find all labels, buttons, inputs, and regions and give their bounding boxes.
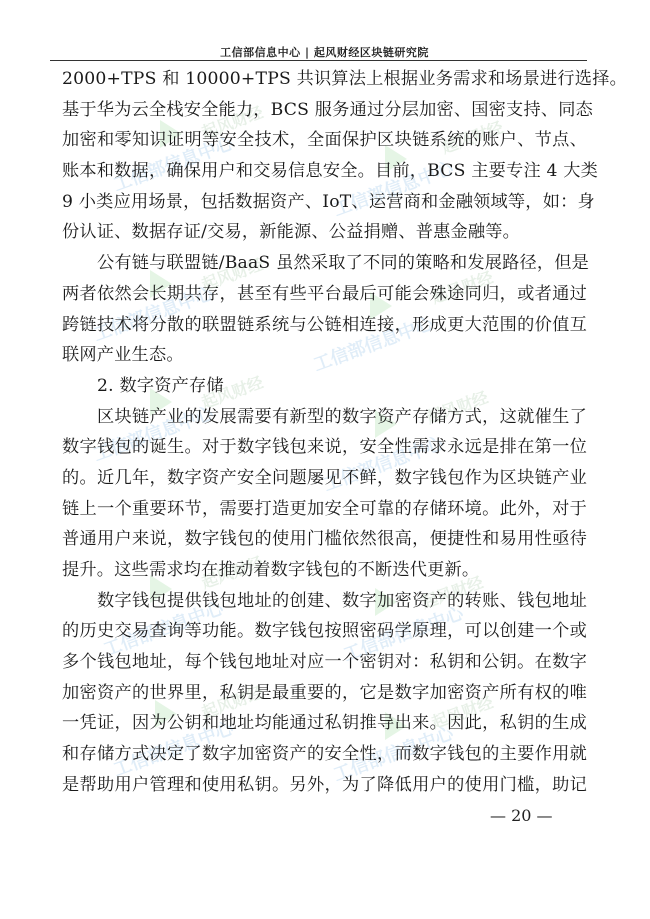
paragraph-start: 公有链与联盟链/BaaS 虽然采取了不同的策略和发展路径，但是	[62, 248, 587, 279]
text-line: 基于华为云全栈安全能力，BCS 服务通过分层加密、国密支持、同态	[62, 95, 587, 126]
text-line: 链上一个重要环节，需要打造更加安全可靠的存储环境。此外，对于	[62, 494, 587, 525]
text-line: 2000+TPS 和 10000+TPS 共识算法上根据业务需求和场景进行选择。	[62, 64, 587, 95]
document-body: 2000+TPS 和 10000+TPS 共识算法上根据业务需求和场景进行选择。…	[62, 64, 587, 801]
running-header: 工信部信息中心 | 起风财经区块链研究院	[62, 44, 587, 60]
text-line: 联网产业生态。	[62, 340, 587, 371]
text-line: 多个钱包地址，每个钱包地址对应一个密钥对：私钥和公钥。在数字	[62, 647, 587, 678]
text-line: 份认证、数据存证/交易，新能源、公益捐赠、普惠金融等。	[62, 217, 587, 248]
text-line: 的历史交易查询等功能。数字钱包按照密码学原理，可以创建一个或	[62, 616, 587, 647]
text-line: 跨链技术将分散的联盟链系统与公链相连接，形成更大范围的价值互	[62, 310, 587, 341]
document-page: 工信部信息中心 工信部信息中心 起风财经 起风财经 工信部信息中心 工信部信息中…	[0, 0, 650, 919]
page-number: — 20 —	[490, 806, 553, 825]
text-line: 两者依然会长期共存，甚至有些平台最后可能会殊途同归，或者通过	[62, 279, 587, 310]
text-line: 是帮助用户管理和使用私钥。另外，为了降低用户的使用门槛，助记	[62, 770, 587, 801]
text-line: 加密资产的世界里，私钥是最重要的，它是数字加密资产所有权的唯	[62, 678, 587, 709]
paragraph-start: 区块链产业的发展需要有新型的数字资产存储方式，这就催生了	[62, 402, 587, 433]
section-heading: 2. 数字资产存储	[62, 371, 587, 402]
text-line: 加密和零知识证明等安全技术，全面保护区块链系统的账户、节点、	[62, 125, 587, 156]
text-line: 普通用户来说，数字钱包的使用门槛依然很高，便捷性和易用性亟待	[62, 524, 587, 555]
text-line: 9 小类应用场景，包括数据资产、IoT、运营商和金融领域等，如：身	[62, 187, 587, 218]
text-line: 一凭证，因为公钥和地址均能通过私钥推导出来。因此，私钥的生成	[62, 708, 587, 739]
header-rule	[50, 60, 587, 61]
text-line: 和存储方式决定了数字加密资产的安全性，而数字钱包的主要作用就	[62, 739, 587, 770]
text-line: 提升。这些需求均在推动着数字钱包的不断迭代更新。	[62, 555, 587, 586]
text-line: 账本和数据，确保用户和交易信息安全。目前，BCS 主要专注 4 大类	[62, 156, 587, 187]
paragraph-start: 数字钱包提供钱包地址的创建、数字加密资产的转账、钱包地址	[62, 586, 587, 617]
text-line: 的。近几年，数字资产安全问题屡见不鲜，数字钱包作为区块链产业	[62, 463, 587, 494]
text-line: 数字钱包的诞生。对于数字钱包来说，安全性需求永远是排在第一位	[62, 432, 587, 463]
